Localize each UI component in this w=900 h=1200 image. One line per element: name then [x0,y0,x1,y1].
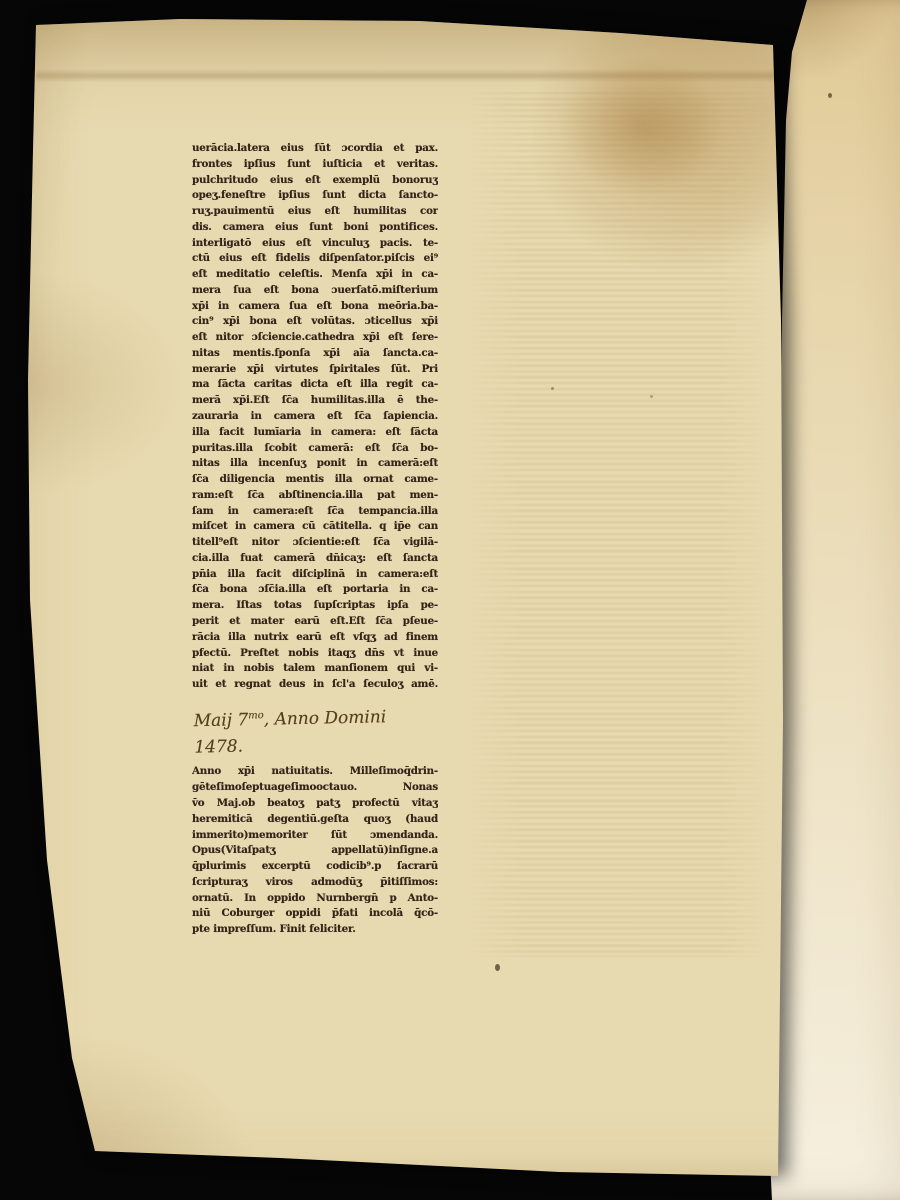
text-line: pfectū. Preſtet nobis itaqʒ dn̄s vt inue [192,646,438,662]
text-line: ſam in camera:eſt ſc̄a tempancia.illa [192,504,438,520]
text-line: q̄plurimis excerptū codicib⁹.p ſacrarū [192,859,438,875]
text-line: frontes ipſius ſunt iuſticia et veritas. [192,157,438,173]
text-line: niat in nobis talem manſionem qui vi- [192,661,438,677]
text-line: niū Coburger oppidi p̄fati incolā q̄cō- [192,906,438,922]
text-line: pte impreſſum. Finit feliciter. [192,922,438,938]
text-line: merā xp̄i.Eſt ſc̄a humilitas.illa ē the- [192,393,438,409]
text-line: xp̄i in camera ſua eſt bona meōria.ba- [192,299,438,315]
book-page-wrap: uerācia.latera eius ſūt ɔcordia et pax.f… [0,0,900,1200]
printed-text-block: uerācia.latera eius ſūt ɔcordia et pax.f… [192,141,440,938]
book-page: uerācia.latera eius ſūt ɔcordia et pax.f… [0,0,900,1200]
text-line: merarie xp̄i virtutes ſpiritales ſūt. Pr… [192,362,438,378]
paper-fleck [495,964,500,971]
text-line: ma ſācta caritas dicta eſt illa regit ca… [192,377,438,393]
text-line: uerācia.latera eius ſūt ɔcordia et pax. [192,141,438,157]
annotation-superscript: mo [248,710,264,721]
text-line: heremiticā degentiū.geſta quoʒ (haud [192,812,438,828]
handwritten-annotation: Maij 7mo, Anno Domini 1478. [193,699,440,760]
text-line: interligatō eius eſt vinculuʒ pacis. te- [192,236,438,252]
showthrough-text [468,92,768,957]
paper-fleck [551,387,554,390]
text-line: ſc̄a diligencia mentis illa ornat came- [192,472,438,488]
text-line: rācia illa nutrix earū eſt vſqʒ ad finem [192,630,438,646]
text-line: ctū eius eſt fidelis diſpenſator.piſcis … [192,251,438,267]
text-line: ſc̄a bona ɔſc̄ia.illa eſt portaria in ca… [192,582,438,598]
text-line: ornatū. In oppido Nurnbergn̄ p Anto- [192,891,438,907]
text-line: v̄o Maj.ob beatoʒ patʒ profectū vitaʒ [192,796,438,812]
text-line: puritas.illa ſcobit camerā: eſt ſc̄a bo- [192,441,438,457]
paragraph-colophon: Anno xp̄i natiuitatis. Milleſimoq̄drin-g… [192,764,440,937]
text-line: nitas illa incenſuʒ ponit in camerā:eſt [192,456,438,472]
text-line: miſcet in camera cū cātitella. q ip̄e ca… [192,519,438,535]
text-line: perit et mater earū eſt.Eſt ſc̄a pſeue- [192,614,438,630]
text-line: uit et regnat deus in ſcl'a ſeculoʒ amē. [192,677,438,693]
text-line: eſt meditatio celeſtis. Menſa xp̄i in ca… [192,267,438,283]
text-line: ſcripturaʒ viros admodūʒ p̄itiſſimos: [192,875,438,891]
text-line: mera ſua eſt bona ɔuerſatō.miſterium [192,283,438,299]
text-line: Anno xp̄i natiuitatis. Milleſimoq̄drin- [192,764,438,780]
text-line: nitas mentis.ſponſa xp̄i aīa ſancta.ca- [192,346,438,362]
text-line: dis. camera eius ſunt boni pontifices. [192,220,438,236]
text-line: titell⁹eſt nitor ɔſcientie:eſt ſc̄a vigi… [192,535,438,551]
text-line: cin⁹ xp̄i bona eſt volūtas. ɔticellus xp… [192,314,438,330]
text-line: mera. Iſtas totas ſupſcriptas ipſa pe- [192,598,438,614]
paper-fleck [650,395,653,398]
text-line: ram:eſt ſc̄a abſtinencia.illa pat men- [192,488,438,504]
text-line: immerito)memoriter ſūt ɔmendanda. [192,828,438,844]
text-line: cia.illa fuat camerā dn̄icaʒ: eſt ſancta [192,551,438,567]
text-line: eſt nitor ɔſciencie.cathedra xp̄i eſt ſe… [192,330,438,346]
paragraph-main: uerācia.latera eius ſūt ɔcordia et pax.f… [192,141,440,693]
text-line: illa facit lumīaria in camera: eſt ſācta [192,425,438,441]
text-line: Opus(Vitaſpatʒ appellatū)inſigne.a [192,843,438,859]
annotation-prefix: Maij 7 [194,710,249,731]
photo-background: uerācia.latera eius ſūt ɔcordia et pax.f… [0,0,900,1200]
text-line: pulchritudo eius eſt exemplū bonoruʒ [192,173,438,189]
text-line: gēteſimoſeptuageſimooctauo. Nonas [192,780,438,796]
text-line: opeʒ.feneſtre ipſius ſunt dicta ſancto- [192,188,438,204]
text-line: pn̄ia illa facit diſciplinā in camera:eſ… [192,567,438,583]
text-line: zauraria in camera eſt ſc̄a ſapiencia. [192,409,438,425]
text-line: ruʒ.pauimentū eius eſt humilitas cor [192,204,438,220]
